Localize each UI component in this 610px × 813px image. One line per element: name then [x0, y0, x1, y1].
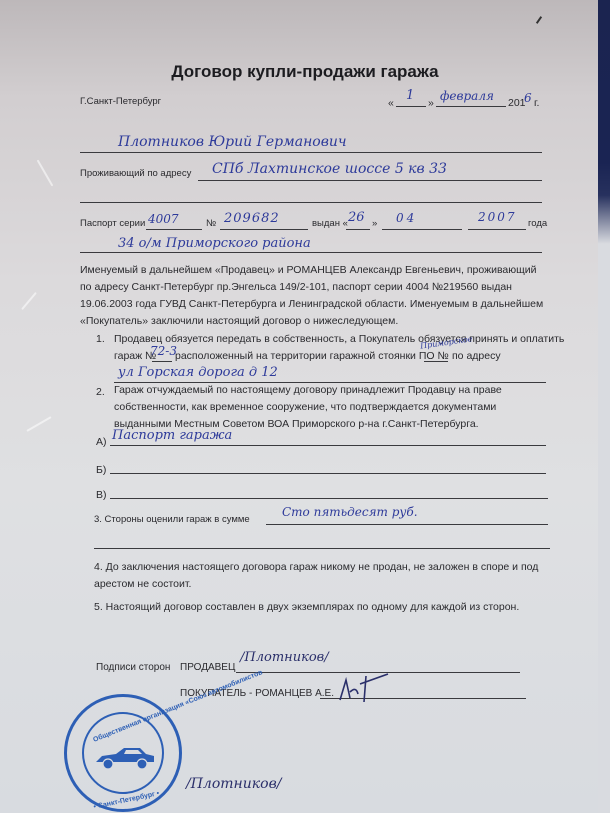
passport-issued-day-close: » — [372, 218, 377, 229]
clause1-address-label: по адресу — [452, 350, 501, 362]
price-line-2 — [94, 548, 550, 549]
clause3-text: 3. Стороны оценили гараж в сумме — [94, 514, 250, 525]
doc-a-value: Паспорт гаража — [112, 428, 232, 443]
passport-number-line — [220, 229, 308, 230]
background-edge — [598, 0, 610, 813]
organization-stamp: Общественная организация «Союз автомобил… — [64, 694, 182, 812]
passport-day-line — [346, 229, 370, 230]
doc-c-label: В) — [96, 489, 107, 501]
passport-issued-day: 26 — [348, 210, 365, 225]
document-title: Договор купли-продажи гаража — [0, 62, 610, 82]
address-label: Проживающий по адресу — [80, 168, 191, 179]
doc-a-label: А) — [96, 436, 107, 448]
clause2-number: 2. — [96, 386, 105, 398]
price-value: Сто пятьдесят руб. — [282, 505, 418, 519]
price-line — [266, 524, 548, 525]
paper-crease — [21, 292, 37, 310]
doc-b-label: Б) — [96, 464, 106, 476]
seller-sign-label: ПРОДАВЕЦ — [180, 662, 235, 673]
clause2-text: Гараж отчуждаемый по настоящему договору… — [114, 382, 554, 433]
date-year-end: г. — [534, 97, 539, 109]
passport-series-line — [146, 229, 202, 230]
date-day: 1 — [406, 88, 414, 103]
clause1-mid-text: расположенный на территории гаражной сто… — [175, 350, 449, 362]
po-number-line — [424, 361, 448, 362]
passport-year-line — [468, 229, 526, 230]
seller-name: Плотников Юрий Германович — [118, 134, 347, 150]
passport-series: 4007 — [148, 212, 179, 226]
date-month-line — [436, 106, 506, 107]
address-line — [198, 180, 542, 181]
doc-a-line — [110, 445, 546, 446]
passport-number: 209682 — [224, 211, 280, 226]
seller-signature: /Плотников/ — [240, 650, 329, 665]
address-value: СПб Лахтинское шоссе 5 кв 33 — [212, 161, 447, 177]
date-open-quote: « — [388, 97, 394, 109]
doc-c-line — [110, 498, 548, 499]
clause5-text: 5. Настоящий договор составлен в двух эк… — [94, 601, 519, 613]
clause1-line1: Продавец обязуется передать в собственно… — [114, 333, 564, 345]
seller-name-line — [80, 152, 542, 153]
intro-paragraph: Именуемый в дальнейшем «Продавец» и РОМА… — [80, 262, 550, 330]
date-month: февраля — [440, 89, 494, 103]
passport-issued-by: 34 о/м Приморского района — [118, 236, 311, 251]
garage-address: ул Горская дорога д 12 — [118, 365, 278, 380]
car-icon — [94, 742, 156, 772]
signatures-label: Подписи сторон — [96, 662, 170, 673]
doc-b-line — [110, 473, 546, 474]
passport-issued-month: 04 — [396, 211, 417, 225]
paper-crease — [26, 416, 51, 432]
passport-month-line — [382, 229, 462, 230]
date-close-quote: » — [428, 97, 434, 109]
date-year-prefix: 201 — [508, 97, 526, 109]
paper-crease — [37, 160, 54, 187]
passport-issued-year: 2007 — [478, 210, 517, 224]
date-year-suffix: 6 — [524, 91, 532, 105]
passport-issued-by-line — [80, 252, 542, 253]
extra-signature: /Плотников/ — [186, 776, 281, 792]
passport-series-label: Паспорт серии — [80, 218, 145, 229]
address-line-2 — [80, 202, 542, 203]
clause1-number: 1. — [96, 333, 105, 345]
passport-number-label: № — [206, 218, 216, 229]
passport-issued-label: выдан « — [312, 218, 348, 229]
buyer-signature — [336, 672, 416, 708]
clause4-text: 4. До заключения настоящего договора гар… — [94, 559, 554, 593]
passport-year-label: года — [528, 218, 547, 229]
garage-number: 72-3 — [150, 344, 177, 358]
city-label: Г.Санкт-Петербург — [80, 96, 161, 107]
garage-number-line — [152, 361, 172, 362]
date-day-line — [396, 106, 426, 107]
